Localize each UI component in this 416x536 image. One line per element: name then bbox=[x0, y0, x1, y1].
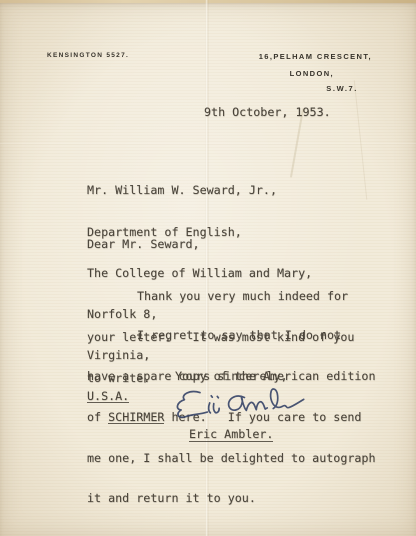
letterhead-phone: KENSINGTON 5527. bbox=[47, 52, 129, 59]
paper-crease bbox=[354, 80, 368, 199]
letterhead-street: 16,PELHAM CRESCENT, bbox=[259, 52, 372, 61]
body-line: it and return it to you. bbox=[87, 492, 376, 506]
salutation: Dear Mr. Seward, bbox=[87, 238, 200, 252]
recipient-name: Mr. William W. Seward, Jr., bbox=[87, 184, 312, 198]
letterhead-city: LONDON, bbox=[290, 69, 334, 78]
body-line: I regret to say that I do not bbox=[87, 329, 376, 343]
book-title: SCHIRMER bbox=[108, 412, 164, 425]
date-line: 9th October, 1953. bbox=[204, 106, 331, 120]
body-line: me one, I shall be delighted to autograp… bbox=[87, 452, 376, 466]
body-text: of bbox=[87, 410, 108, 424]
letter-page: KENSINGTON 5527. 16,PELHAM CRESCENT, LON… bbox=[0, 0, 416, 536]
horizontal-fold-crease bbox=[0, 143, 416, 145]
typed-sender-name: Eric Ambler. bbox=[189, 428, 273, 442]
letterhead-postcode: S.W.7. bbox=[326, 84, 358, 93]
